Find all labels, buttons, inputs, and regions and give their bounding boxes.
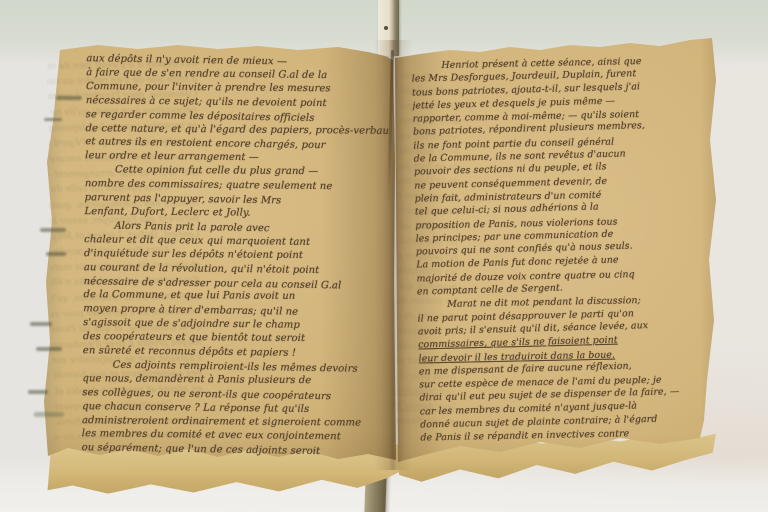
photo-caption: Photograph of an open handwritten French… (0, 0, 1, 1)
manuscript-line: administreroient ordinairement et signer… (82, 414, 386, 431)
ink-smudge (44, 118, 62, 121)
right-page-text: Henriot présent à cette séance, ainsi qu… (411, 53, 710, 452)
left-page-text: aux dépôts il n'y avoit rien de mieux —à… (82, 52, 391, 460)
manuscript-line: d'inquiétude sur les dépôts n'étoient po… (84, 247, 388, 264)
ink-smudge (46, 252, 66, 256)
ink-smudge (36, 347, 62, 351)
manuscript-photo: Photograph of an open handwritten French… (0, 0, 768, 512)
stand-rivet (384, 26, 388, 30)
ink-smudge (34, 412, 64, 417)
ink-smudge (56, 96, 82, 100)
ink-smudge (28, 390, 48, 394)
ink-smudge (30, 322, 52, 326)
ink-smudge (40, 228, 66, 232)
manuscript-line: Commune, pour l'inviter à prendre les me… (86, 80, 390, 97)
manuscript-line: des coopérateurs et que bientôt tout ser… (83, 330, 387, 347)
